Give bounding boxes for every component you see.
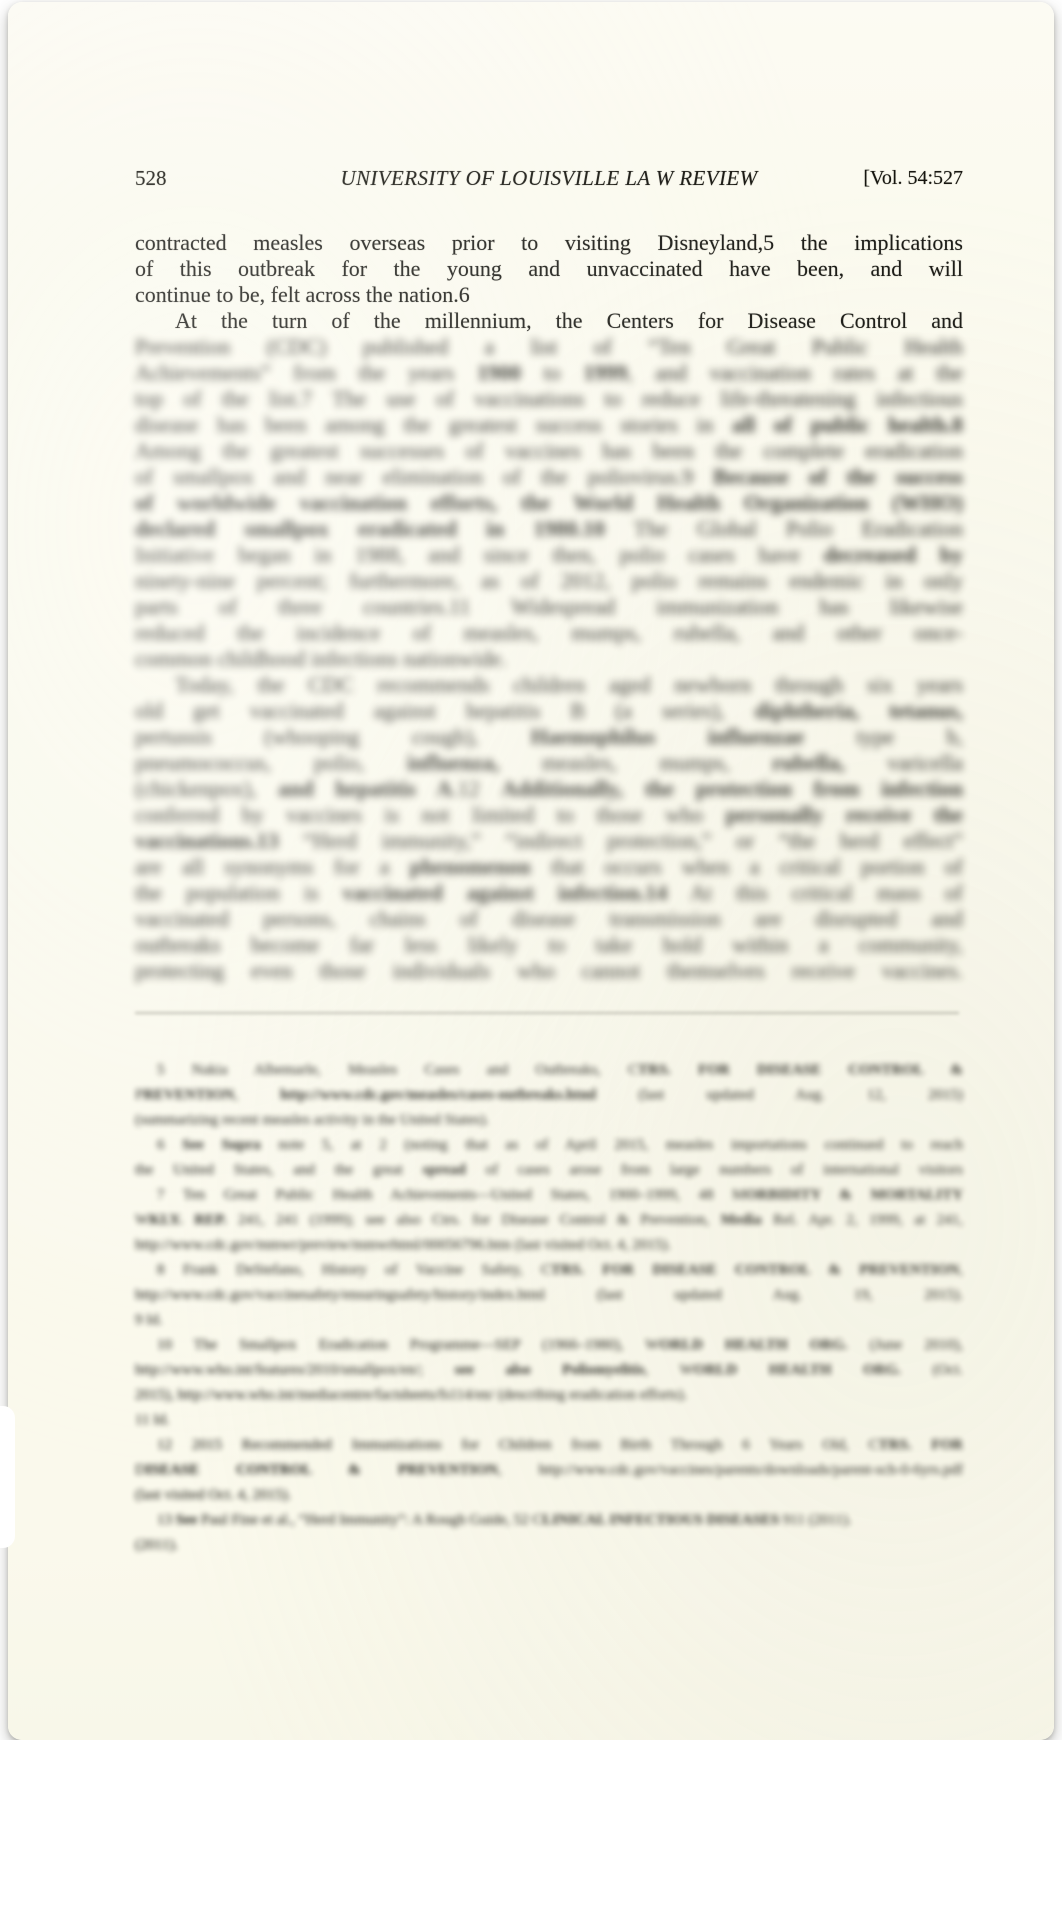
- blurred-text-line: Among the greatest successes of vaccines…: [135, 438, 963, 464]
- body-text-column: contracted measles overseas prior to vis…: [135, 230, 963, 984]
- blurred-text-line: pertussis (whooping cough), Haemophilus …: [135, 724, 963, 750]
- footnote-line: 10 The Smallpox Eradication Programme—SE…: [135, 1333, 963, 1358]
- blurred-text-line: outbreaks become far less likely to take…: [135, 932, 963, 958]
- footnote-separator-rule: [135, 1012, 959, 1014]
- footnote-line: DISEASE CONTROL & PREVENTION, http://www…: [135, 1458, 963, 1483]
- running-header: 528 UNIVERSITY OF LOUISVILLE LA W REVIEW…: [135, 166, 963, 192]
- blurred-text-line: (chickenpox), and hepatitis A.12 Additio…: [135, 776, 963, 802]
- screenshot-canvas: 528 UNIVERSITY OF LOUISVILLE LA W REVIEW…: [0, 0, 1062, 1919]
- blurred-text-line: declared smallpox eradicated in 1980.10 …: [135, 516, 963, 542]
- blurred-text-line: of worldwide vaccination efforts, the Wo…: [135, 490, 963, 516]
- legible-paragraph-lines: contracted measles overseas prior to vis…: [135, 230, 963, 334]
- background-below-page: [0, 1740, 1062, 1919]
- body-text-line: At the turn of the millennium, the Cente…: [135, 308, 963, 334]
- footnote-line: http://www.cdc.gov/vaccinesafety/ensurin…: [135, 1283, 963, 1308]
- footnotes-block: 5 Nakia Albemarle, Measles Cases and Out…: [135, 1058, 963, 1558]
- footnote-line: http://www.cdc.gov/mmwr/preview/mmwrhtml…: [135, 1233, 963, 1258]
- blurred-text-line: Achievements” from the years 1900 to 199…: [135, 360, 963, 386]
- footnote-line: 12 2015 Recommended Immunizations for Ch…: [135, 1433, 963, 1458]
- left-edge-notch: [0, 1406, 15, 1548]
- journal-title: UNIVERSITY OF LOUISVILLE LA W REVIEW: [135, 166, 963, 191]
- blurred-text-line: top of the list.7 The use of vaccination…: [135, 386, 963, 412]
- footnote-line: 2015), http://www.who.int/mediacentre/fa…: [135, 1383, 963, 1408]
- footnote-line: 8 Frank DeStefano, History of Vaccine Sa…: [135, 1258, 963, 1283]
- blurred-text-line: of smallpox and near elimination of the …: [135, 464, 963, 490]
- footnote-line: 13 See Paul Fine et al., “Herd Immunity”…: [135, 1508, 963, 1533]
- footnote-line: 9 Id.: [135, 1308, 963, 1333]
- body-text-line: continue to be, felt across the nation.6: [135, 282, 963, 308]
- blurred-text-line: conferred by vaccines is not limited to …: [135, 802, 963, 828]
- blurred-text-line: Initiative began in 1988, and since then…: [135, 542, 963, 568]
- footnote-line: (last visited Oct. 4, 2015).: [135, 1483, 963, 1508]
- footnote-line: (summarizing recent measles activity in …: [135, 1108, 963, 1133]
- blurred-text-line: parts of three countries.11 Widespread i…: [135, 594, 963, 620]
- blurred-text-line: vaccinations.13 “Herd immunity,” “indire…: [135, 828, 963, 854]
- blurred-text-line: ninety-nine percent; furthermore, as of …: [135, 568, 963, 594]
- body-text-line: contracted measles overseas prior to vis…: [135, 230, 963, 256]
- blurred-paragraph-3: Today, the CDC recommends children aged …: [135, 672, 963, 984]
- blurred-text-line: reduced the incidence of measles, mumps,…: [135, 620, 963, 646]
- footnote-line: PREVENTION, http://www.cdc.gov/measles/c…: [135, 1083, 963, 1108]
- blurred-text-line: Prevention (CDC) published a list of “Te…: [135, 334, 963, 360]
- footnote-line: 11 Id.: [135, 1408, 963, 1433]
- blurred-text-line: Today, the CDC recommends children aged …: [135, 672, 963, 698]
- footnote-line: WKLY. REP. 241, 241 (1999); see also Ctr…: [135, 1208, 963, 1233]
- body-text-line: of this outbreak for the young and unvac…: [135, 256, 963, 282]
- scanned-document-page: 528 UNIVERSITY OF LOUISVILLE LA W REVIEW…: [8, 2, 1054, 1740]
- blurred-text-line: old get vaccinated against hepatitis B (…: [135, 698, 963, 724]
- blurred-text-line: protecting even those individuals who ca…: [135, 958, 963, 984]
- blurred-text-line: common childhood infections nationwide.: [135, 646, 963, 672]
- blurred-text-line: the population is vaccinated against inf…: [135, 880, 963, 906]
- blurred-paragraph-2: Prevention (CDC) published a list of “Te…: [135, 334, 963, 672]
- footnote-line: 7 Ten Great Public Health Achievements—U…: [135, 1183, 963, 1208]
- blurred-text-line: pneumococcus, polio, influenza, measles,…: [135, 750, 963, 776]
- blurred-text-line: disease has been among the greatest succ…: [135, 412, 963, 438]
- footnote-line: http://www.who.int/features/2010/smallpo…: [135, 1358, 963, 1383]
- blurred-text-line: vaccinated persons, chains of disease tr…: [135, 906, 963, 932]
- footnote-line: 6 See Supra note 5, at 2 (noting that as…: [135, 1133, 963, 1158]
- footnote-line: the United States, and the great spread …: [135, 1158, 963, 1183]
- footnote-line: (2011).: [135, 1533, 963, 1558]
- volume-reference: [Vol. 54:527: [863, 167, 963, 190]
- footnote-line: 5 Nakia Albemarle, Measles Cases and Out…: [135, 1058, 963, 1083]
- blurred-text-line: are all synonyms for a phenomenon that o…: [135, 854, 963, 880]
